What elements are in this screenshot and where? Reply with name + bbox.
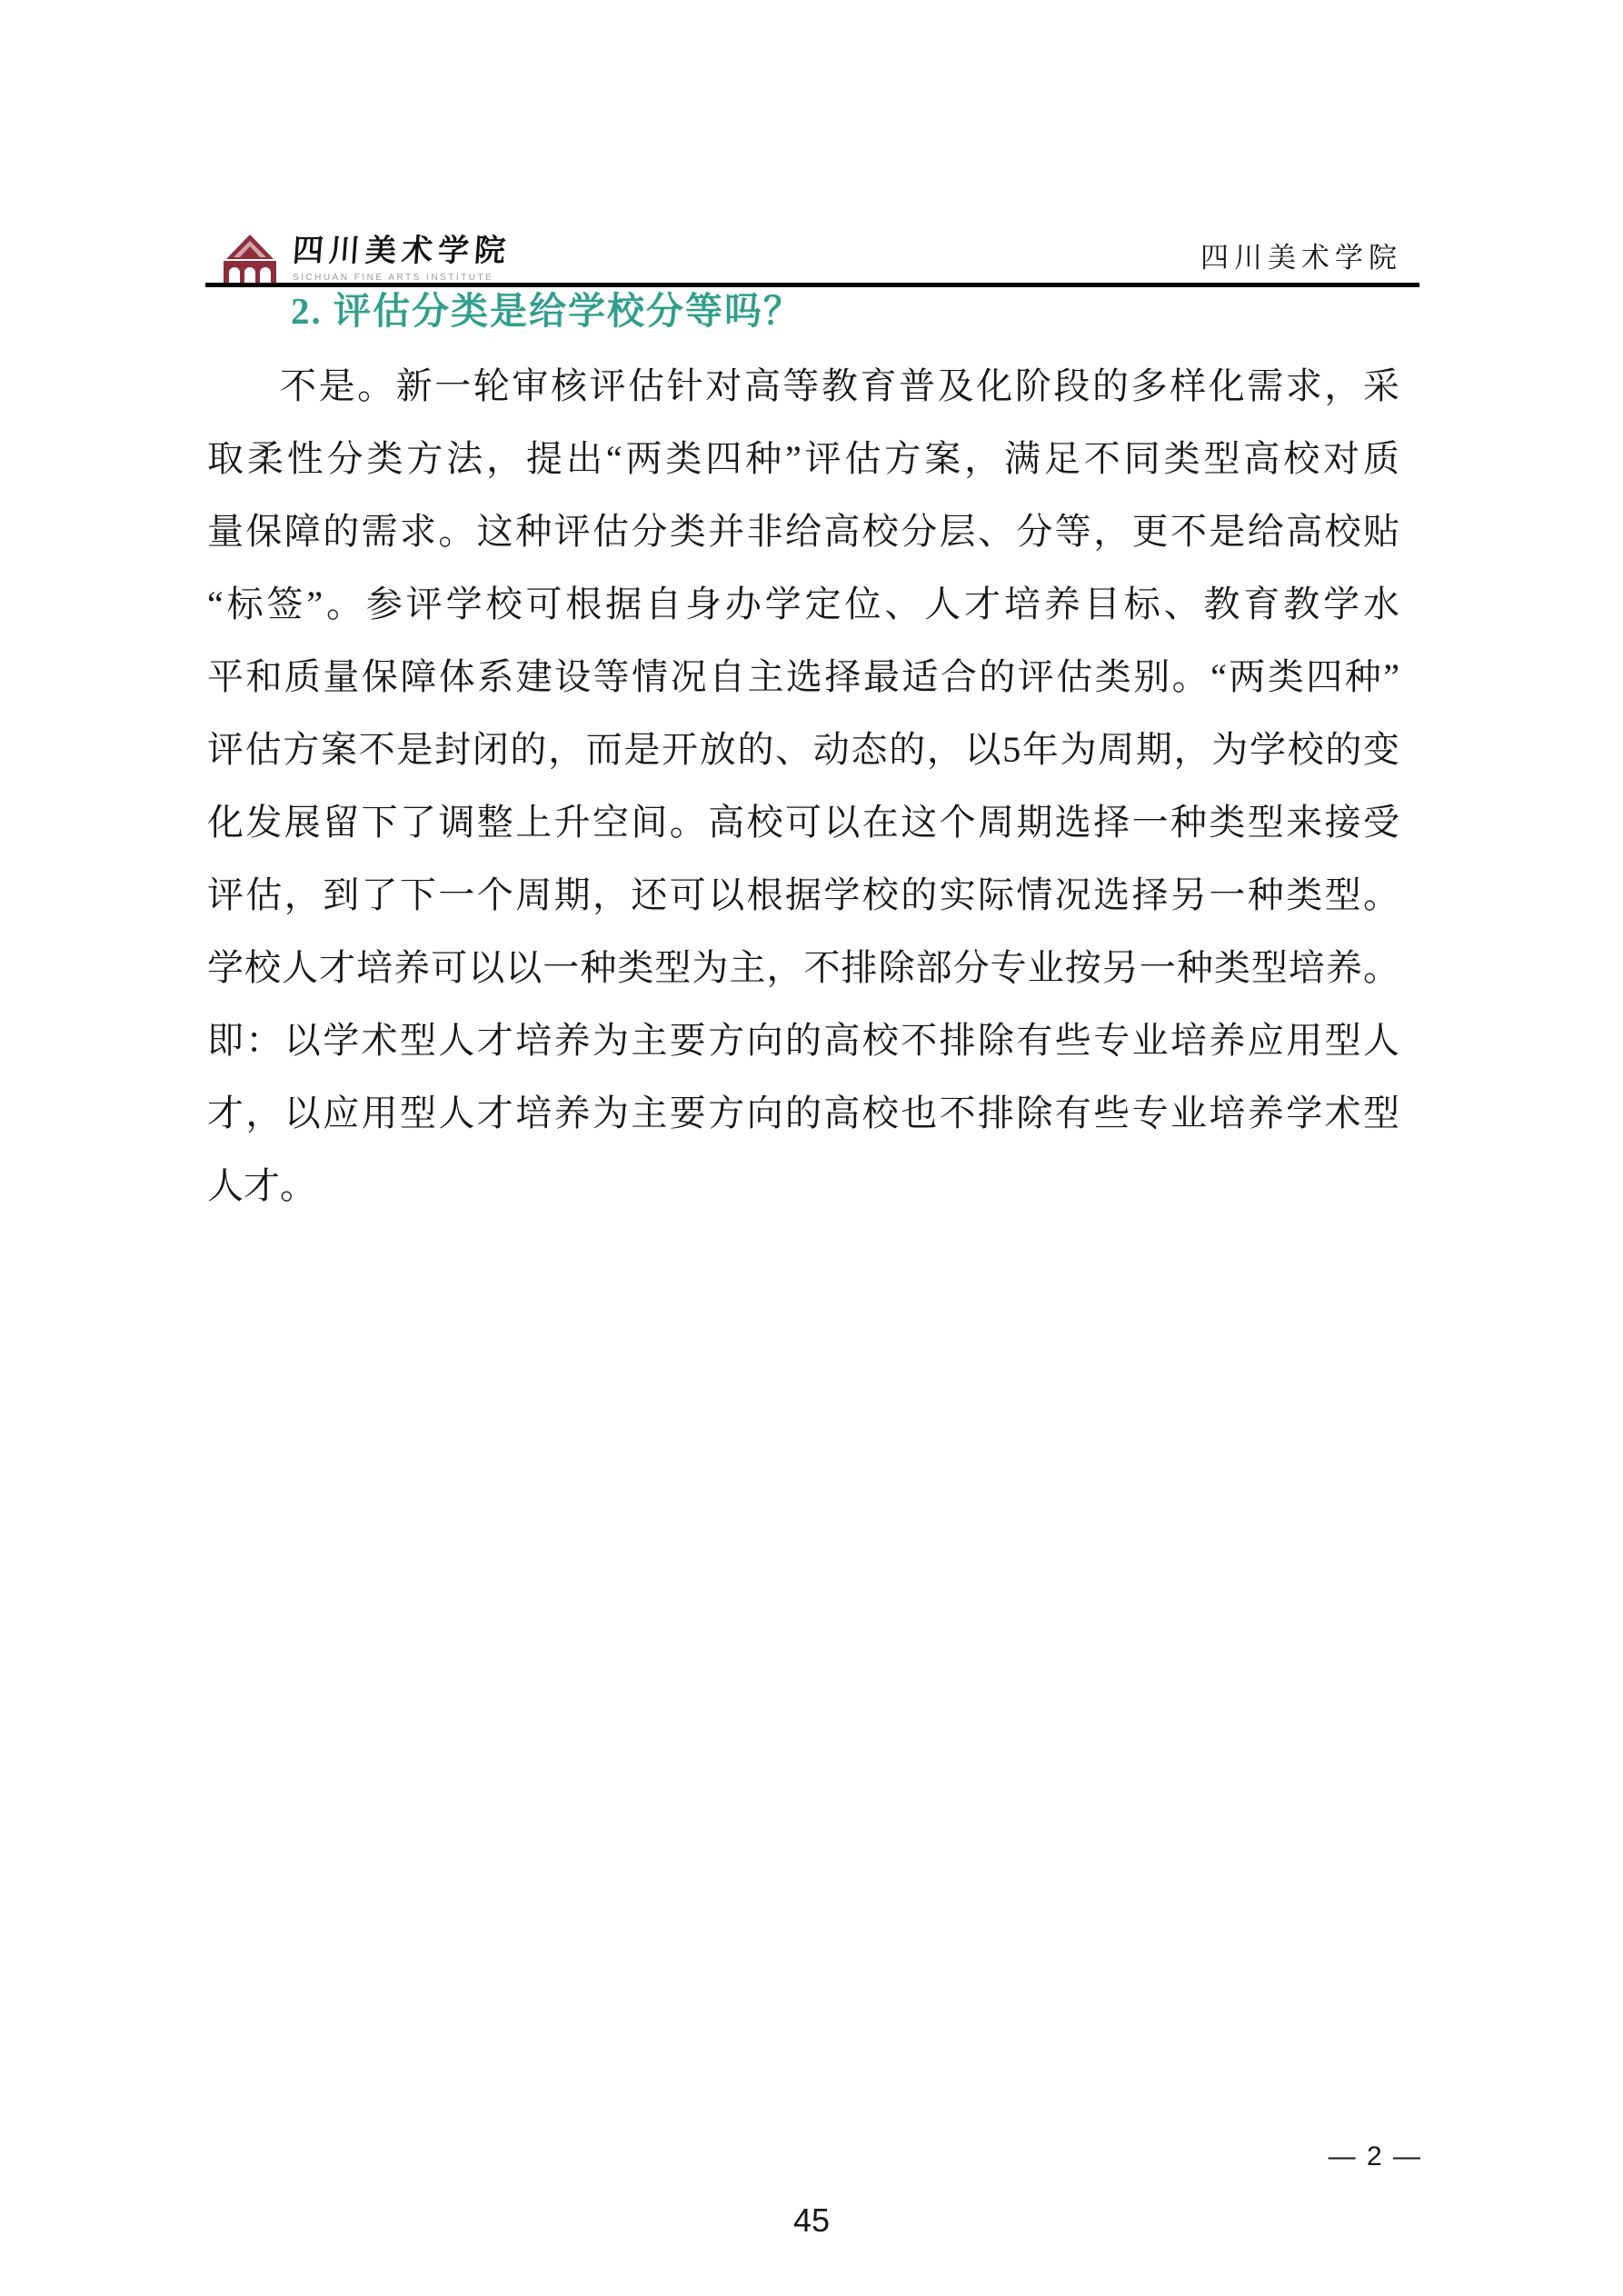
body-line: 学校人才培养可以以一种类型为主，不排除部分专业按另一种类型培养。 [207,932,1399,1004]
body-line: 评估，到了下一个周期，还可以根据学校的实际情况选择另一种类型。 [207,859,1399,932]
section-heading: 2. 评估分类是给学校分等吗？ [291,289,1399,333]
body-line: 人才。 [207,1150,1399,1223]
body-line: 化发展留下了调整上升空间。高校可以在这个周期选择一种类型来接受 [207,786,1399,859]
body-line: 取柔性分类方法，提出“两类四种”评估方案，满足不同类型高校对质 [207,423,1399,495]
header-rule [205,283,1419,287]
body-line: “标签”。参评学校可根据自身办学定位、人才培养目标、教育教学水 [207,568,1399,641]
logo-text-column: 四川美术学院 SICHUAN FINE ARTS INSTITUTE [293,235,511,283]
document-page: 四川美术学院 SICHUAN FINE ARTS INSTITUTE 四川美术学… [0,0,1623,2296]
body-line: 平和质量保障体系建设等情况自主选择最适合的评估类别。“两类四种” [207,641,1399,714]
gate-building-icon [220,235,280,285]
body-line: 量保障的需求。这种评估分类并非给高校分层、分等，更不是给高校贴 [207,495,1399,568]
body-line: 才，以应用型人才培养为主要方向的高校也不排除有些专业培养学术型 [207,1077,1399,1150]
school-logo: 四川美术学院 SICHUAN FINE ARTS INSTITUTE [220,235,511,285]
body-line: 即：以学术型人才培养为主要方向的高校不排除有些专业培养应用型人 [207,1004,1399,1077]
logo-name-en: SICHUAN FINE ARTS INSTITUTE [293,273,511,283]
header-school-name: 四川美术学院 [1200,240,1402,276]
doc-number: — 2 — [1329,2141,1422,2172]
body-paragraph: 不是。新一轮审核评估针对高等教育普及化阶段的多样化需求，采 取柔性分类方法，提出… [207,350,1399,1223]
logo-name-zh: 四川美术学院 [292,235,513,269]
body-line: 评估方案不是封闭的，而是开放的、动态的，以5年为周期，为学校的变 [207,714,1399,786]
page-number: 45 [0,2201,1623,2240]
body-line: 不是。新一轮审核评估针对高等教育普及化阶段的多样化需求，采 [207,350,1399,423]
